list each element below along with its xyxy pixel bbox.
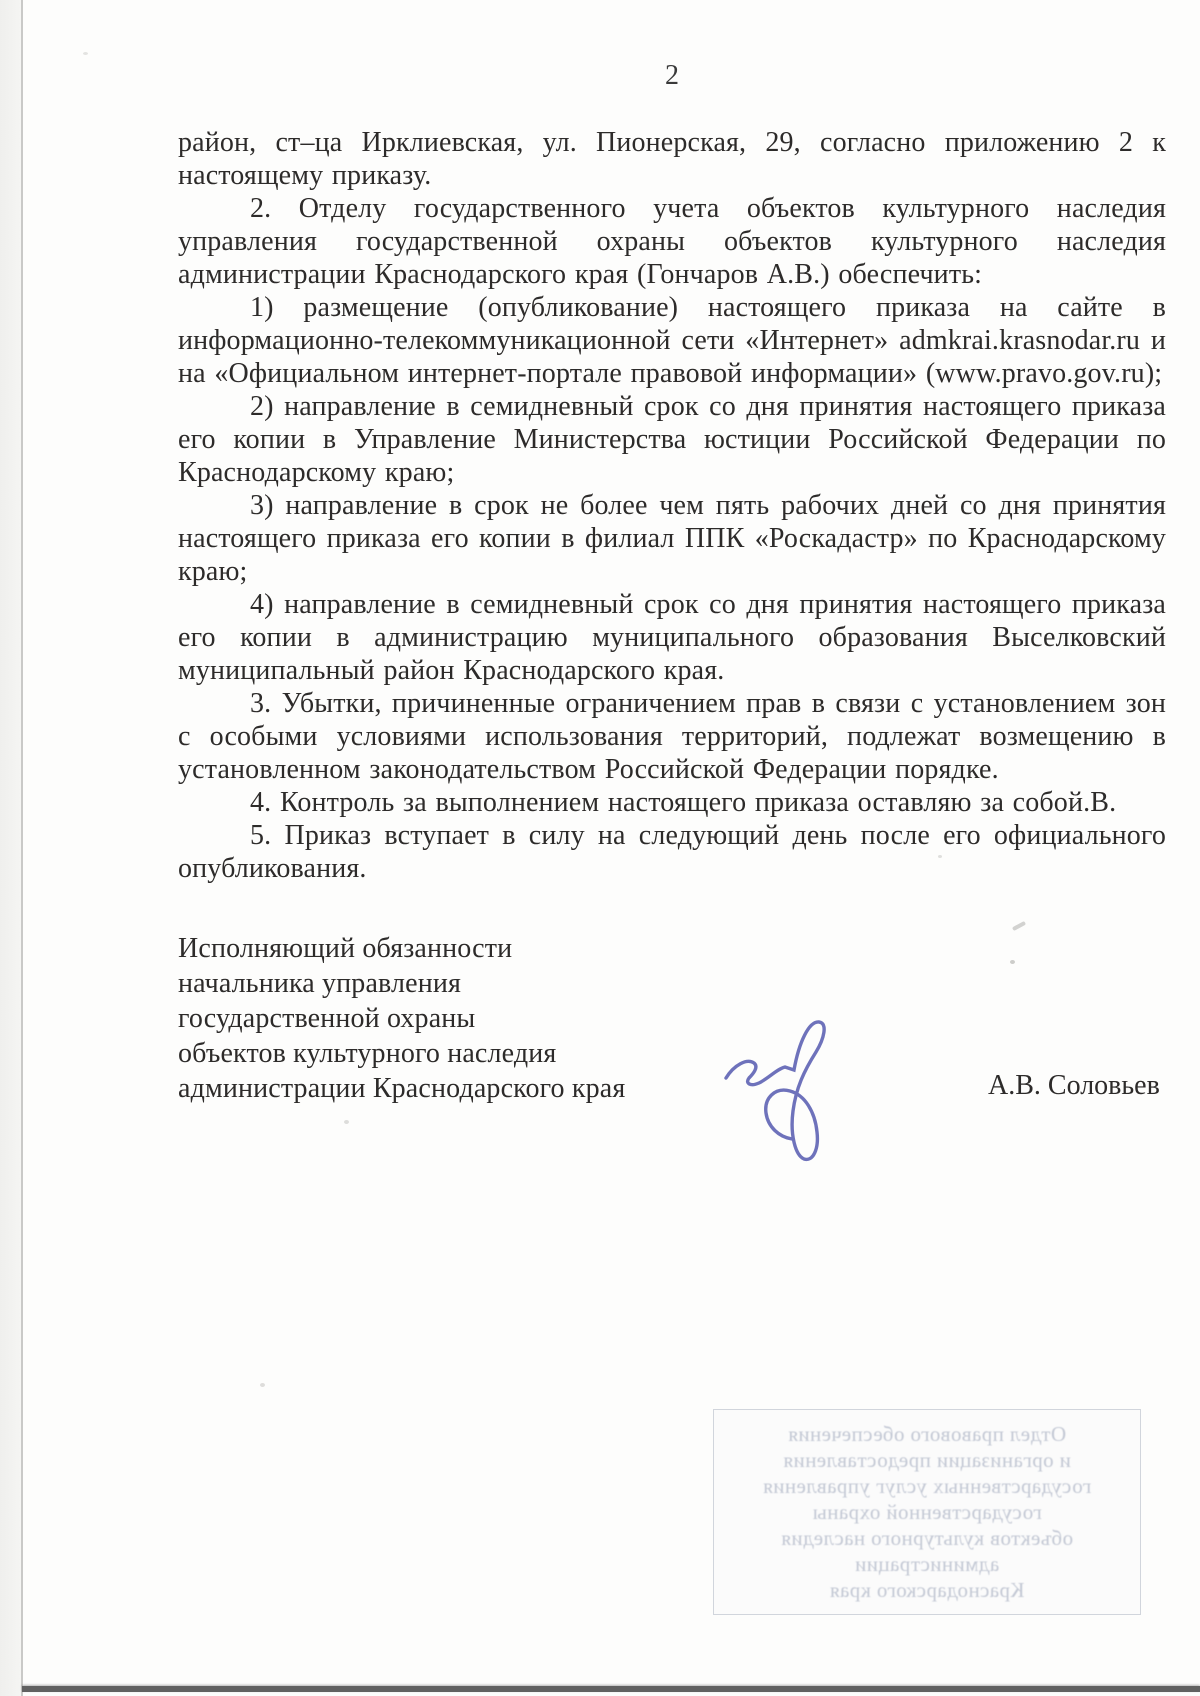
bleedthrough-stamp-box: Отдел правового обеспечения и организаци…	[713, 1409, 1141, 1615]
stamp-text-line: государственных услуг управления	[714, 1473, 1140, 1499]
scan-speck	[1012, 921, 1026, 931]
signature-title-line: объектов культурного наследия	[178, 1036, 625, 1071]
document-paragraph: район, ст–ца Ирклиевская, ул. Пионерская…	[178, 126, 1166, 192]
signatory-name: А.В. Соловьев	[988, 1070, 1188, 1102]
signature-title-line: администрации Краснодарского края	[178, 1071, 625, 1106]
scan-speck	[1010, 960, 1015, 964]
stamp-text-line: Краснодарского края	[714, 1577, 1140, 1603]
document-paragraph: 4. Контроль за выполнением настоящего пр…	[178, 786, 1166, 819]
scan-bottom-edge	[22, 1686, 1200, 1692]
scan-left-edge	[0, 0, 23, 1696]
signature-title-block: Исполняющий обязанности начальника управ…	[178, 931, 625, 1106]
signature-title-line: начальника управления	[178, 966, 625, 1001]
document-paragraph: 1) размещение (опубликование) настоящего…	[178, 291, 1166, 390]
stamp-text-line: Отдел правового обеспечения	[714, 1421, 1140, 1447]
document-paragraph: 2) направление в семидневный срок со дня…	[178, 390, 1166, 489]
handwritten-signature-icon	[712, 1008, 877, 1178]
scanned-document-page: 2 район, ст–ца Ирклиевская, ул. Пионерск…	[0, 0, 1200, 1696]
scan-speck	[938, 855, 942, 858]
signature-title-line: государственной охраны	[178, 1001, 625, 1036]
signature-title-line: Исполняющий обязанности	[178, 931, 625, 966]
stamp-text-line: государственной охраны	[714, 1499, 1140, 1525]
document-paragraph: 2. Отделу государственного учета объекто…	[178, 192, 1166, 291]
scan-speck	[83, 52, 88, 55]
document-body: район, ст–ца Ирклиевская, ул. Пионерская…	[178, 126, 1166, 885]
document-paragraph: 3. Убытки, причиненные ограничением прав…	[178, 687, 1166, 786]
page-number: 2	[178, 60, 1166, 92]
scan-speck	[260, 1383, 265, 1387]
document-paragraph: 4) направление в семидневный срок со дня…	[178, 588, 1166, 687]
bleedthrough-stamp-text: Отдел правового обеспечения и организаци…	[714, 1410, 1140, 1603]
document-paragraph: 3) направление в срок не более чем пять …	[178, 489, 1166, 588]
stamp-text-line: объектов культурного наследия	[714, 1525, 1140, 1551]
scan-speck	[344, 1120, 349, 1124]
stamp-text-line: и организации предоставления	[714, 1447, 1140, 1473]
stamp-text-line: администрации	[714, 1551, 1140, 1577]
document-paragraph: 5. Приказ вступает в силу на следующий д…	[178, 819, 1166, 885]
